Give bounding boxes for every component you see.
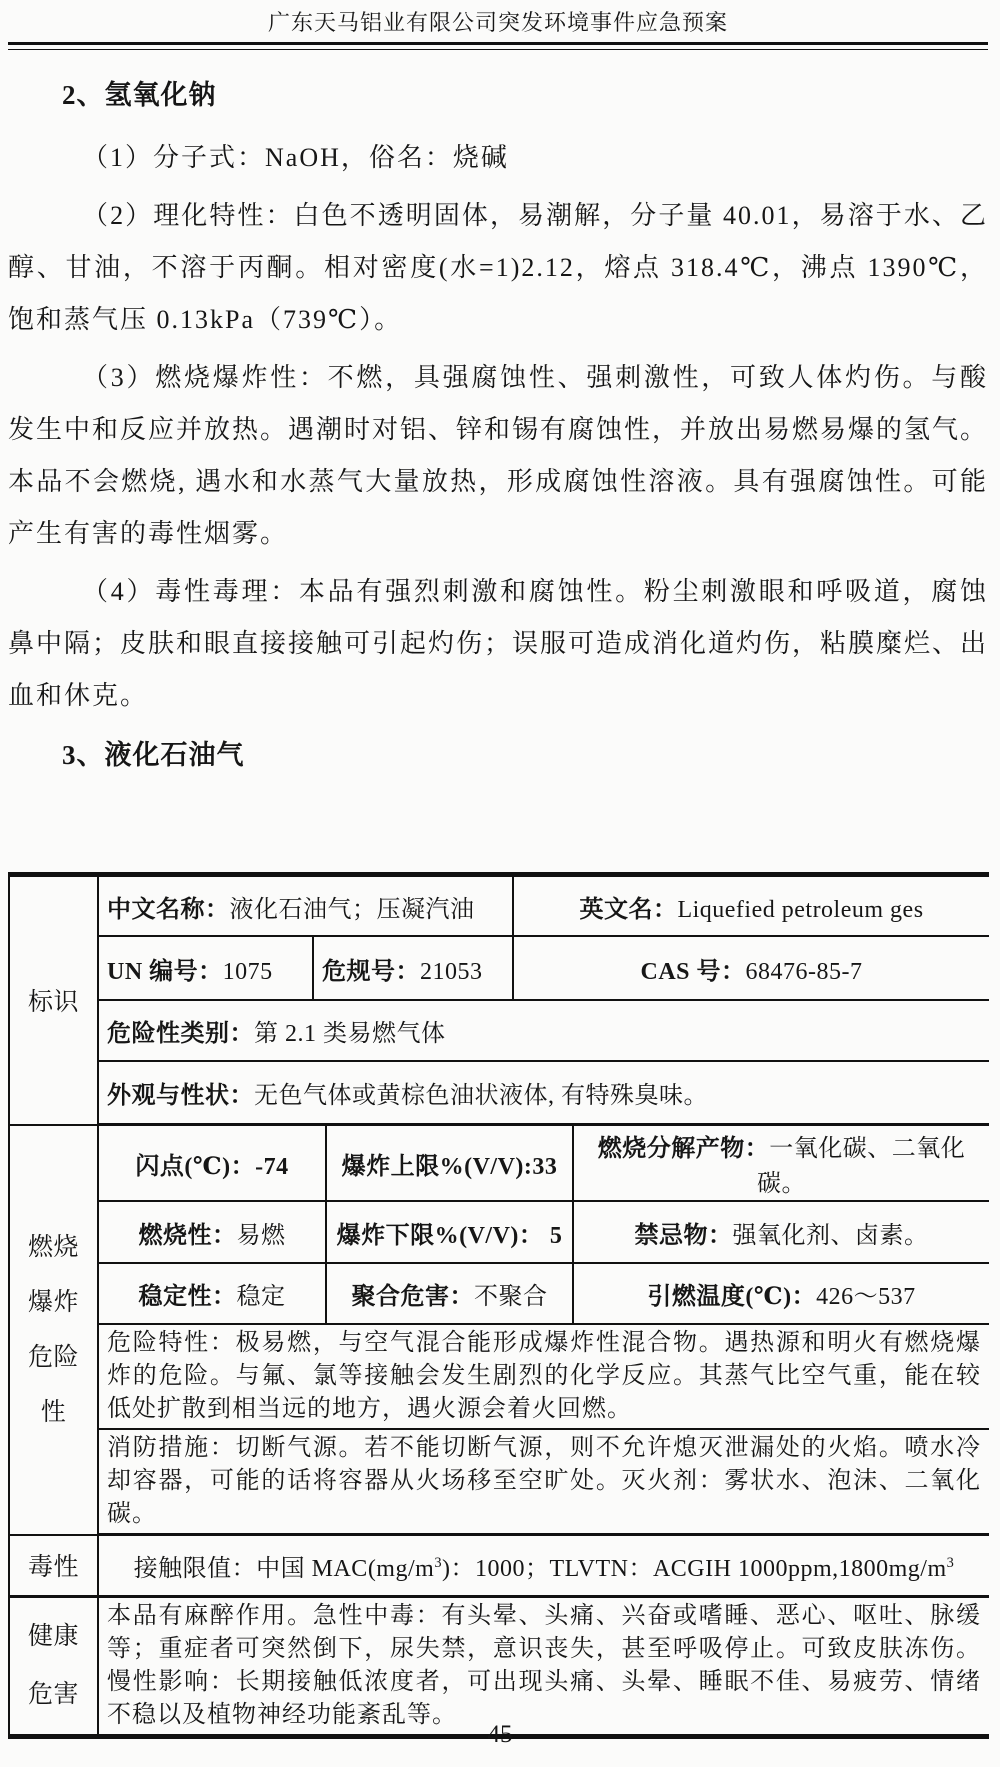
paragraph-physchem-properties: （2）理化特性：白色不透明固体，易潮解，分子量 40.01，易溶于水、乙醇、甘油… bbox=[8, 190, 988, 346]
cn-name-value: 液化石油气；压凝汽油 bbox=[230, 897, 475, 923]
health-label-line1: 健康 bbox=[18, 1608, 89, 1666]
row-label-fire-explosion: 燃烧 爆炸 危险 性 bbox=[9, 1125, 98, 1535]
un-number-value: 1075 bbox=[223, 959, 273, 985]
cell-explosion-lower-limit: 爆炸下限%(V/V)： 5 bbox=[326, 1201, 573, 1263]
explosion-upper-label: 爆炸上限%(V/V): bbox=[342, 1154, 533, 1180]
cn-name-label: 中文名称： bbox=[107, 897, 230, 923]
dg-number-label: 危规号： bbox=[322, 959, 420, 985]
cell-health-effects: 本品有麻醉作用。急性中毒：有头晕、头痛、兴奋或嗜睡、恶心、呕吐、脉缓等；重症者可… bbox=[98, 1597, 989, 1737]
section-heading-lpg: 3、液化石油气 bbox=[62, 738, 988, 772]
exposure-limit-pre: 接触限值：中国 MAC(mg/m bbox=[134, 1556, 435, 1582]
exposure-limit-mid: )：1000；TLVTN：ACGIH 1000ppm,1800mg/m bbox=[442, 1556, 947, 1582]
fire-label-line4: 性 bbox=[18, 1385, 89, 1440]
explosion-lower-label: 爆炸下限%(V/V)： bbox=[337, 1223, 544, 1249]
cell-fire-measures: 消防措施：切断气源。若不能切断气源，则不允许熄灭泄漏处的火焰。喷水冷却容器，可能… bbox=[98, 1429, 989, 1535]
fire-label-line3: 危险 bbox=[18, 1330, 89, 1385]
appearance-label: 外观与性状： bbox=[107, 1083, 254, 1109]
hazard-class-value: 第 2.1 类易燃气体 bbox=[254, 1021, 446, 1047]
dg-number-value: 21053 bbox=[420, 959, 483, 985]
paragraph-toxicology: （4）毒性毒理：本品有强烈刺激和腐蚀性。粉尘刺激眼和呼吸道，腐蚀鼻中隔；皮肤和眼… bbox=[8, 566, 988, 722]
appearance-value: 无色气体或黄棕色油状液体, 有特殊臭味。 bbox=[254, 1083, 708, 1109]
cell-hazard-characteristics: 危险特性：极易燃，与空气混合能形成爆炸性混合物。遇热源和明火有燃烧爆炸的危险。与… bbox=[98, 1324, 989, 1429]
cell-incompatibles: 禁忌物：强氧化剂、卤素。 bbox=[573, 1201, 989, 1263]
toxicity-label: 毒性 bbox=[28, 1554, 79, 1581]
en-name-label: 英文名： bbox=[579, 897, 677, 923]
cell-ignition-temp: 引燃温度(℃)：426～537 bbox=[573, 1263, 989, 1324]
cas-number-label: CAS 号： bbox=[641, 959, 746, 985]
fire-label-line1: 燃烧 bbox=[18, 1220, 89, 1275]
flammability-label: 燃烧性： bbox=[139, 1223, 237, 1249]
en-name-value: Liquefied petroleum ges bbox=[677, 897, 923, 923]
cell-cn-name: 中文名称：液化石油气；压凝汽油 bbox=[98, 875, 513, 937]
cell-explosion-upper-limit: 爆炸上限%(V/V):33 bbox=[326, 1125, 573, 1202]
stability-value: 稳定 bbox=[237, 1284, 286, 1310]
cas-number-value: 68476-85-7 bbox=[746, 959, 863, 985]
exposure-limit-sup1: 3 bbox=[434, 1555, 442, 1571]
row-label-health-hazard: 健康 危害 bbox=[9, 1597, 98, 1737]
ignition-temp-value: 426～537 bbox=[816, 1284, 916, 1310]
hazard-class-label: 危险性类别： bbox=[107, 1021, 254, 1047]
cell-un-number: UN 编号：1075 bbox=[98, 936, 313, 1000]
stability-label: 稳定性： bbox=[139, 1284, 237, 1310]
fire-label-line2: 爆炸 bbox=[18, 1275, 89, 1330]
incompatibles-value: 强氧化剂、卤素。 bbox=[733, 1223, 929, 1249]
flash-point-label: 闪点(℃)： bbox=[135, 1154, 255, 1180]
identification-label: 标识 bbox=[28, 989, 79, 1016]
explosion-upper-value: 33 bbox=[532, 1154, 557, 1180]
cell-exposure-limit: 接触限值：中国 MAC(mg/m3)：1000；TLVTN：ACGIH 1000… bbox=[98, 1535, 989, 1597]
page-number: 45 bbox=[0, 1721, 1000, 1749]
explosion-lower-value: 5 bbox=[550, 1223, 563, 1249]
lpg-msds-table: 标识 中文名称：液化石油气；压凝汽油 英文名：Liquefied petrole… bbox=[8, 872, 989, 1739]
cell-flash-point: 闪点(℃)：-74 bbox=[98, 1125, 326, 1202]
cell-cas-number: CAS 号：68476-85-7 bbox=[513, 936, 989, 1000]
cell-dg-number: 危规号：21053 bbox=[313, 936, 513, 1000]
section-heading-naoh: 2、氢氧化钠 bbox=[62, 78, 988, 112]
row-label-toxicity: 毒性 bbox=[9, 1535, 98, 1597]
cell-polymer-hazard: 聚合危害：不聚合 bbox=[326, 1263, 573, 1324]
cell-stability: 稳定性：稳定 bbox=[98, 1263, 326, 1324]
combustion-products-label: 燃烧分解产物： bbox=[598, 1136, 770, 1162]
polymer-hazard-label: 聚合危害： bbox=[352, 1284, 475, 1310]
header-rule bbox=[8, 42, 988, 50]
health-label-line2: 危害 bbox=[18, 1666, 89, 1724]
incompatibles-label: 禁忌物： bbox=[635, 1223, 733, 1249]
combustion-products-value: 一氧化碳、二氧化碳。 bbox=[757, 1136, 965, 1197]
paragraph-molecular-formula: （1）分子式：NaOH，俗名：烧碱 bbox=[8, 132, 988, 184]
exposure-limit-sup2: 3 bbox=[947, 1555, 955, 1571]
cell-hazard-class: 危险性类别：第 2.1 类易燃气体 bbox=[98, 1000, 989, 1061]
cell-flammability: 燃烧性：易燃 bbox=[98, 1201, 326, 1263]
polymer-hazard-value: 不聚合 bbox=[474, 1284, 548, 1310]
page-header-title: 广东天马铝业有限公司突发环境事件应急预案 bbox=[8, 10, 988, 36]
ignition-temp-label: 引燃温度(℃)： bbox=[647, 1284, 816, 1310]
flash-point-value: -74 bbox=[255, 1154, 289, 1180]
flammability-value: 易燃 bbox=[237, 1223, 286, 1249]
cell-combustion-products: 燃烧分解产物：一氧化碳、二氧化碳。 bbox=[573, 1125, 989, 1202]
cell-en-name: 英文名：Liquefied petroleum ges bbox=[513, 875, 989, 937]
cell-appearance: 外观与性状：无色气体或黄棕色油状液体, 有特殊臭味。 bbox=[98, 1061, 989, 1125]
row-label-identification: 标识 bbox=[9, 875, 98, 1125]
document-page: 广东天马铝业有限公司突发环境事件应急预案 2、氢氧化钠 （1）分子式：NaOH，… bbox=[0, 0, 1000, 1767]
un-number-label: UN 编号： bbox=[107, 959, 223, 985]
paragraph-fire-explosion-properties: （3）燃烧爆炸性：不燃，具强腐蚀性、强刺激性，可致人体灼伤。与酸发生中和反应并放… bbox=[8, 352, 988, 560]
